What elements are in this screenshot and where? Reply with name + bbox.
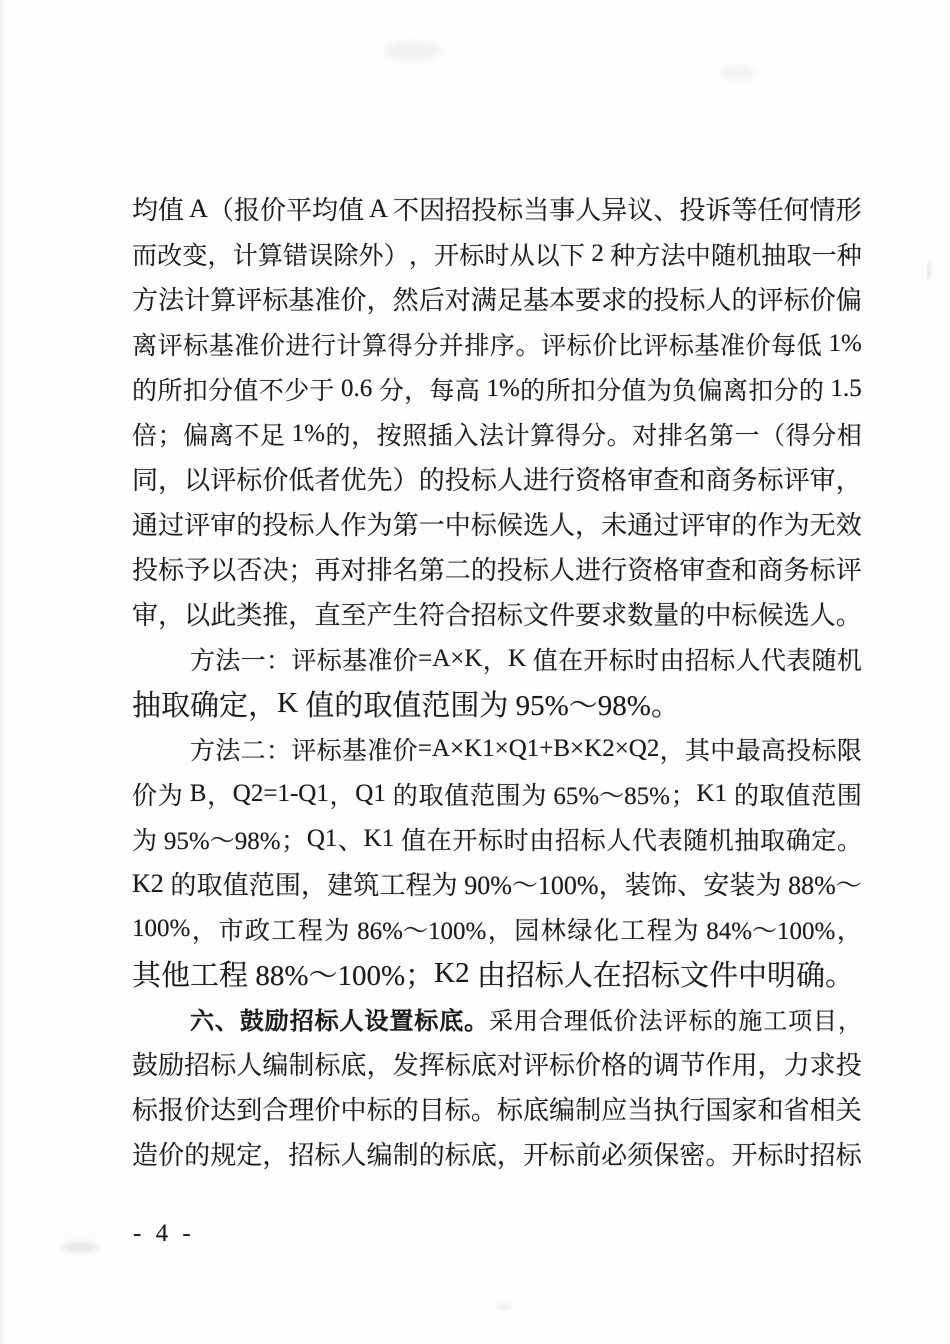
body-text: 用 [731,1045,757,1082]
body-text: 的 [799,371,824,407]
body-text: 排 [464,326,489,362]
body-text: 和 [731,550,757,587]
body-text: 合 [445,595,471,632]
body-text: 过 [653,505,679,542]
body-text: ； [281,821,306,857]
body-text: 外 [359,236,384,272]
page-number: - 4 - [133,1220,195,1248]
body-text: 标 [314,1135,340,1172]
body-text: 效 [836,505,862,542]
body-text: 标 [609,641,634,677]
body-text: 以 [535,236,560,272]
body-text: 时 [484,236,509,272]
text-line: 均值 A（报价平均值 A 不因招投标当事人异议、投诉等任何情形 [132,186,862,231]
body-text: 价 [614,1001,638,1036]
body-text: K1 [364,825,401,853]
body-text: 的 [734,776,759,812]
body-text: 和 [758,1090,784,1127]
body-text: 评 [236,280,262,317]
body-text: 工 [190,953,219,994]
body-text: 分 [596,371,621,407]
body-text: ； [671,776,696,812]
body-text: 商 [705,460,731,497]
body-text: 方 [190,641,215,677]
body-text: 价 [746,326,771,362]
body-text: 的 [520,371,545,407]
body-text: 计 [337,326,362,362]
body-text: 不 [393,190,419,227]
body-text: 作 [341,505,367,542]
body-text: 人 [314,505,340,542]
body-text: 人 [606,821,631,857]
body-text: 对 [445,280,471,317]
text-line: 通过评审的投标人作为第一中标候选人，未通过评审的作为无效 [132,501,862,546]
body-text: 情 [810,190,836,227]
body-text: 绿 [567,911,592,947]
body-text: 错 [283,236,308,272]
body-text: 审 [627,460,653,497]
body-text: 招 [288,1135,314,1172]
text-line: 投标予以否决；再对排名第二的投标人进行资格审查和商务标评 [132,546,862,591]
body-text: 对 [497,1045,523,1082]
body-text: 编 [549,1090,575,1127]
body-text: 围 [450,683,479,724]
body-text: 先 [367,460,393,497]
body-text: 标 [471,505,497,542]
body-text: 。 [836,595,862,632]
body-text: 确 [796,953,825,994]
body-text: 标 [810,550,836,587]
body-text: 88%～ [782,865,862,902]
body-text: 人 [236,1045,262,1082]
body-text: 底 [523,1090,549,1127]
body-text: 理 [288,1090,314,1127]
body-text: 标 [567,326,592,362]
body-text: 分 [774,371,799,407]
body-text: 制 [575,1090,601,1127]
body-text: 分 [413,326,438,362]
body-text: 同 [132,460,158,497]
body-text: ， [208,236,233,272]
body-text: ， [838,1001,862,1036]
body-text: 法 [215,731,240,767]
body-text: 量 [653,595,679,632]
body-text: ， [409,236,434,272]
body-text: ） [393,460,419,497]
body-text: 误 [308,236,333,272]
body-text: 程 [406,865,432,902]
body-text: 采 [489,1001,513,1036]
body-text: 、 [338,821,363,857]
body-text: ， [351,416,376,452]
body-text: 取 [363,683,392,724]
body-text: ： [266,641,291,677]
body-text: 力 [784,1045,810,1082]
body-text: 人 [497,460,523,497]
body-text: 报 [234,190,260,227]
body-text: 名 [683,416,708,452]
body-text: 前 [575,1135,601,1172]
body-text: 省 [784,1090,810,1127]
body-text: 必 [601,1135,627,1172]
body-text: 范 [811,776,836,812]
body-text: 件 [549,595,575,632]
body-text: 工 [271,911,296,947]
body-text: 排 [367,550,393,587]
body-text: 者 [314,460,340,497]
body-text: 投 [132,550,158,587]
body-text: 评 [523,1045,549,1082]
body-text: 价 [132,776,157,812]
body-text: 通 [132,505,158,542]
body-text: 算 [362,326,387,362]
body-text: 95%～98% [508,683,651,724]
text-line: 审，以此类推，直至产生符合招标文件要求数量的中标候选人。 [132,591,862,636]
body-text: 然 [393,280,419,317]
body-text: 机 [736,236,761,272]
body-text: 文 [680,953,709,994]
body-text: 1.5 [824,375,862,403]
body-text: ， [330,776,355,812]
body-text: 通 [627,505,653,542]
body-text: 低 [288,460,314,497]
body-text: 明 [767,953,796,994]
body-text: 方 [132,280,158,317]
body-text: 进 [575,550,601,587]
body-text: 每 [430,371,455,407]
body-text: 时 [784,1135,810,1172]
body-text: 相 [810,1090,836,1127]
body-text: 代 [632,821,657,857]
body-text: 不 [234,416,259,452]
body-text: ， [488,911,513,947]
body-text: ） [384,236,409,272]
body-text: 标 [236,460,262,497]
body-text: 标 [535,953,564,994]
body-text: 准 [314,280,340,317]
body-text: 等 [731,190,757,227]
body-text: 鼓 [132,1045,158,1082]
body-text: 国 [705,1090,731,1127]
body-text: 中 [705,595,731,632]
body-text: （ [208,190,234,227]
body-text: 合 [262,1090,288,1127]
body-text: 中 [445,505,471,542]
body-text: 。 [515,326,540,362]
body-text: 由 [477,953,506,994]
body-text: 价 [575,1045,601,1082]
scan-smudge [385,42,440,60]
body-text: 取 [760,776,785,812]
body-text: 人 [575,190,601,227]
body-text: 资 [627,550,653,587]
text-line: 其他工程 88%～100%；K2 由招标人在招标文件中明确。 [132,951,862,996]
body-text: 格 [601,460,627,497]
body-text: 无 [810,505,836,542]
body-text: 评 [836,550,862,587]
body-text: 投 [445,460,471,497]
body-text: 合 [539,1001,563,1036]
heading-text: 招 [290,1001,314,1036]
body-text: 得 [388,326,413,362]
body-text: 文 [523,595,549,632]
body-text: 得 [786,416,811,452]
body-text: 招 [622,953,651,994]
body-text: 标 [478,821,503,857]
body-text: 为 [521,776,546,812]
body-text: 种 [610,236,635,272]
body-text: 底 [471,1045,497,1082]
body-text: 投 [262,505,288,542]
body-text: 为 [673,911,698,947]
body-text: 范 [421,683,450,724]
body-text: 后 [419,280,445,317]
text-line: 抽取确定，K 值的取值范围为 95%～98%。 [132,681,862,726]
body-text: 求 [601,595,627,632]
document-body: 均值 A（报价平均值 A 不因招投标当事人异议、投诉等任何情形而改变，计算错误除… [132,186,862,1176]
body-text: 标 [445,1045,471,1082]
scan-edge-shadow [0,0,3,1344]
body-text: 在 [558,641,583,677]
body-text: 中 [686,236,711,272]
body-text: 人 [549,550,575,587]
body-text: 为 [367,505,393,542]
body-text: 审 [210,505,236,542]
body-text: 务 [784,550,810,587]
body-text: 取 [419,776,444,812]
body-text: 招 [184,1045,210,1082]
body-text: 至 [341,595,367,632]
body-text: 的 [334,683,363,724]
body-text: 求 [601,280,627,317]
body-text: 中 [738,953,767,994]
body-text: 标 [367,1090,393,1127]
body-text: 对 [341,550,367,587]
body-text: 编 [262,1045,288,1082]
body-text: 标 [445,1090,471,1127]
body-text: 取 [197,865,223,902]
body-text: 二 [445,550,471,587]
body-text: 范 [249,865,275,902]
body-text: 标 [262,280,288,317]
body-text: 标 [183,326,208,362]
body-text: 确 [786,821,811,857]
body-text: 法 [158,280,184,317]
body-text: 的 [713,1001,737,1036]
body-text: 方 [190,731,215,767]
body-text: 化 [594,911,619,947]
body-text: 。 [471,1090,497,1127]
body-text: 值 [338,190,364,227]
body-text: 价 [260,190,286,227]
body-text: ， [575,505,601,542]
scanned-document-page: 均值 A（报价平均值 A 不因招投标当事人异议、投诉等任何情形而改变，计算错误除… [0,0,950,1344]
heading-text: 标 [315,1001,339,1036]
body-text: 确 [190,683,219,724]
body-text: 低 [797,326,822,362]
body-text: 种 [837,236,862,272]
body-text: 招 [555,821,580,857]
body-text: 程 [298,911,323,947]
body-text: 变 [182,236,207,272]
body-text: 扣 [183,371,208,407]
body-text: 当 [627,1090,653,1127]
body-text: 一 [241,641,266,677]
body-text: 程 [219,953,248,994]
body-text: 因 [419,190,445,227]
text-line: 标报价达到合理价中标的目标。标底编制应当执行国家和省相关 [132,1086,862,1131]
text-line: 造价的规定，招标人编制的标底，开标前必须保密。开标时招标 [132,1131,862,1176]
body-text: 值 [305,683,334,724]
body-text: 标 [812,731,837,767]
body-text: 定 [811,821,836,857]
body-text: 的 [326,416,351,452]
body-text: 负 [672,371,697,407]
body-text: 要 [575,280,601,317]
body-text: 排 [658,416,683,452]
text-line: 方法计算评标基准价，然后对满足基本要求的投标人的评标价偏 [132,276,862,321]
body-text: 调 [653,1045,679,1082]
body-text: 投 [786,731,811,767]
body-text: 值 [158,190,184,227]
body-text: ， [497,1135,523,1172]
body-text: 低 [589,1001,613,1036]
body-text: 中 [341,1090,367,1127]
body-text: 饰 [651,865,677,902]
body-text: 评 [291,641,316,677]
body-text: 标 [497,595,523,632]
text-line: 方法一：评标基准价=A×K，K 值在开标时由招标人代表随机 [132,636,862,681]
body-text: K [508,645,532,673]
body-text: 代 [761,641,786,677]
body-text: 值 [401,821,426,857]
body-text: 理 [564,1001,588,1036]
body-text: 对 [632,416,657,452]
body-text: 扣 [748,371,773,407]
body-text: 围 [275,865,301,902]
body-text: ， [483,641,508,677]
body-text: ， [301,865,327,902]
body-text: 价 [184,1090,210,1127]
body-text: 法 [639,1001,663,1036]
body-text: 标 [497,190,523,227]
body-text: 其 [132,953,161,994]
heading-text: 、 [215,1001,239,1036]
body-text: 标 [581,821,606,857]
body-text: 100% [132,915,190,943]
body-text: 抽 [132,683,161,724]
body-text: 标 [758,1135,784,1172]
body-text: 而 [132,236,157,272]
body-text: 人 [564,953,593,994]
body-text: 基 [694,326,719,362]
body-text: 未 [601,505,627,542]
body-text: 标 [549,1045,575,1082]
body-text: （ [760,416,785,452]
heading-text: 置 [389,1001,413,1036]
body-text: 查 [653,460,679,497]
scan-smudge [62,1242,98,1252]
body-text: 须 [627,1135,653,1172]
body-text: A [364,194,393,224]
body-text: 限 [837,731,862,767]
body-text: 方 [635,236,660,272]
body-text: 准 [367,731,392,767]
body-text: 投 [497,550,523,587]
body-text: 标 [288,505,314,542]
body-text: 在 [427,821,452,857]
body-text: 扣 [571,371,596,407]
body-text: 取 [786,236,811,272]
body-text: 开 [731,1135,757,1172]
text-line: 为 95%～98%；Q1、K1 值在开标时由招标人代表随机抽取确定。 [132,816,862,861]
body-text: 范 [470,776,495,812]
heading-text: 设 [364,1001,388,1036]
body-text: 人 [549,505,575,542]
body-text: 时 [634,641,659,677]
body-text: 的 [170,865,196,902]
body-text: 人 [341,1135,367,1172]
body-text: 倍 [132,416,157,452]
body-text: 审 [810,460,836,497]
body-text: 制 [288,1045,314,1082]
body-text: 84%～100% [700,911,835,947]
body-text: 基 [523,280,549,317]
body-text: 价 [393,641,418,677]
body-text: 的 [419,1135,445,1172]
body-text: 异 [601,190,627,227]
body-text: ， [404,371,429,407]
body-text: 工 [379,865,405,902]
body-text: ， [837,911,862,947]
body-text: 招 [810,1135,836,1172]
text-line: 的所扣分值不少于 0.6 分，每高 1%的所扣分值为负偏离扣分的 1.5 [132,366,862,411]
body-text: 底 [341,1045,367,1082]
body-text: 密 [679,1135,705,1172]
body-text: 机 [709,821,734,857]
body-text: 要 [575,595,601,632]
body-text: 偏 [836,280,862,317]
body-text: 随 [683,821,708,857]
body-text: 离 [132,326,157,362]
body-text: 开 [583,641,608,677]
body-text: 准 [367,641,392,677]
body-text: 资 [575,460,601,497]
body-text: 值 [621,371,646,407]
body-text: 推 [262,595,288,632]
body-text: 足 [260,416,285,452]
body-text: 标 [669,326,694,362]
body-text: 改 [157,236,182,272]
body-text: 基 [342,731,367,767]
body-text: 选 [523,505,549,542]
body-text: 。 [825,953,854,994]
body-text: 投 [653,280,679,317]
text-line: 100%，市政工程为 86%～100%，园林绿化工程为 84%～100%， [132,906,862,951]
scan-smudge [720,66,756,81]
body-text: Q1 [307,825,338,853]
body-text: 评 [541,326,566,362]
body-text: 值 [444,776,469,812]
body-text: 人 [705,280,731,317]
body-text: 标 [497,1090,523,1127]
body-text: 进 [523,460,549,497]
body-text: ， [367,1045,393,1082]
body-text: 名 [393,550,419,587]
heading-text: 标 [414,1001,438,1036]
body-text: 为 [755,865,781,902]
body-text: 第 [709,416,734,452]
